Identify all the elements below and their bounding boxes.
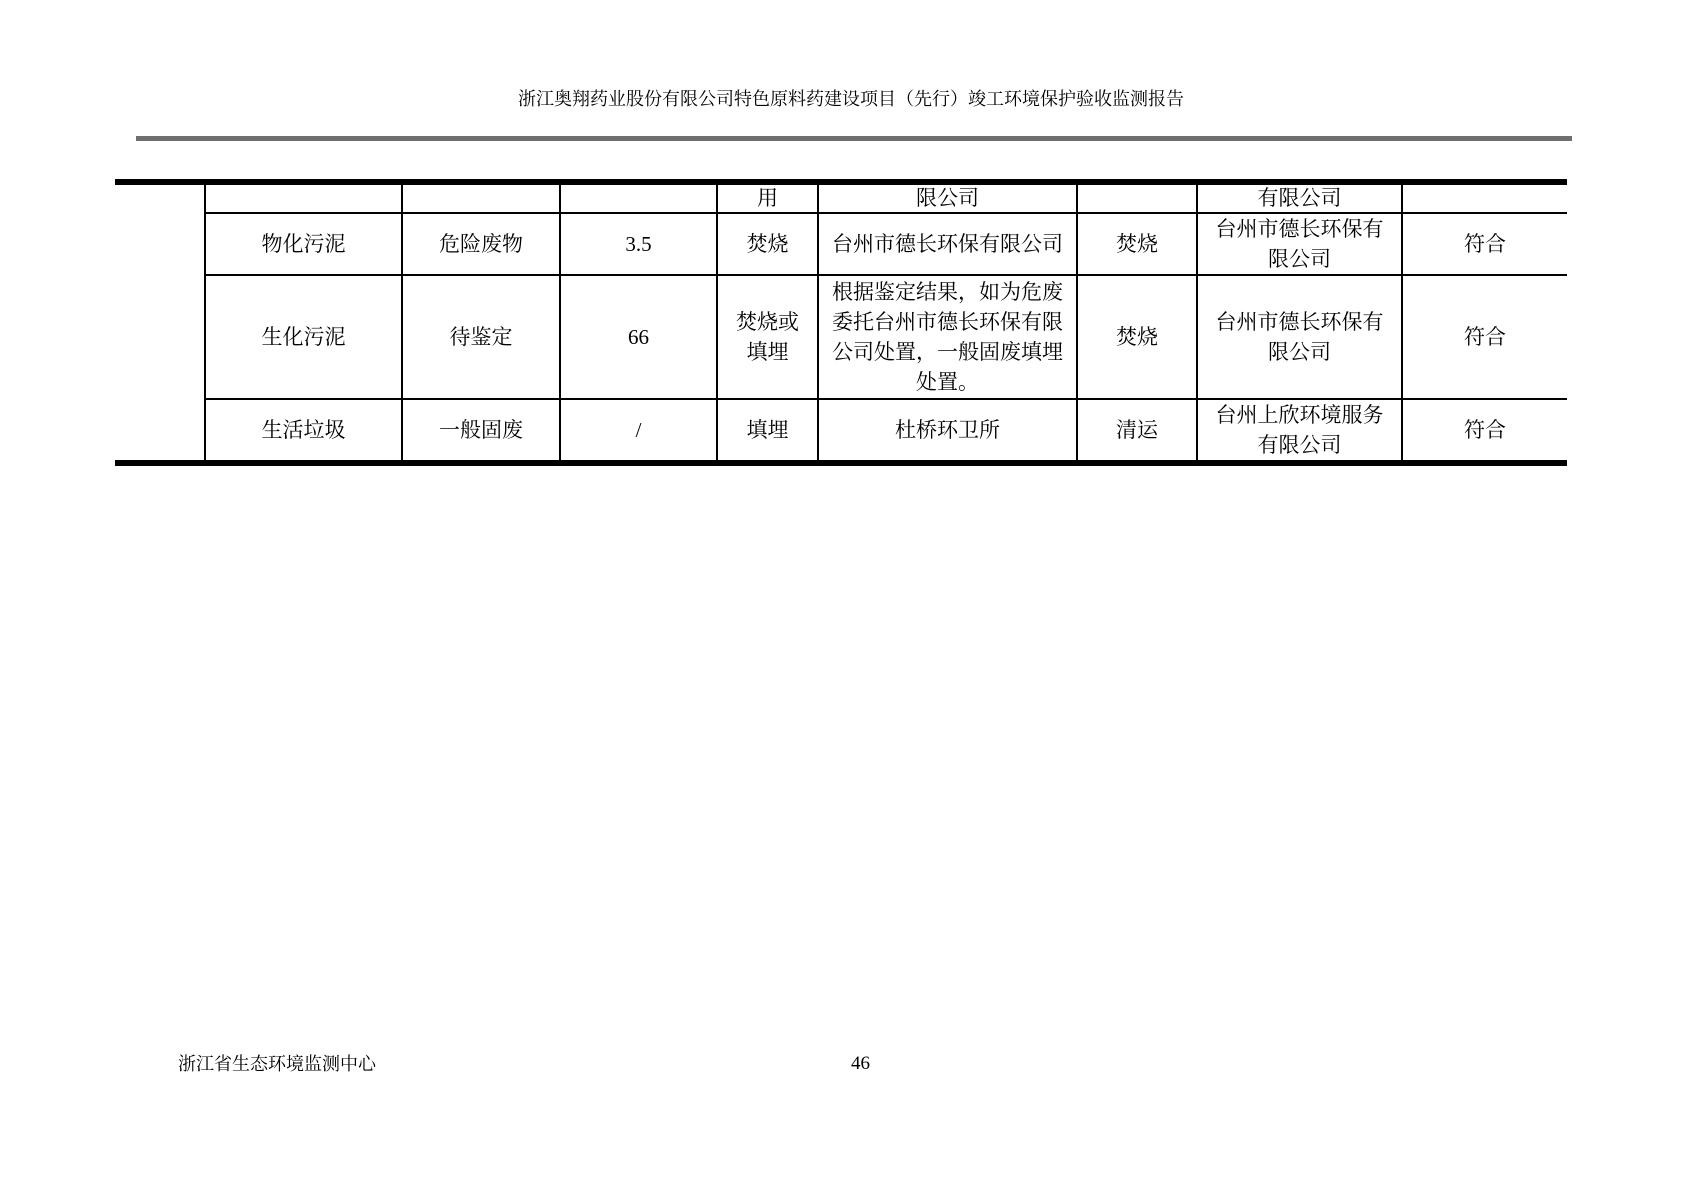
waste-name-cell: 生活垃圾 <box>205 399 402 463</box>
table-row: 生活垃圾 一般固废 / 填埋 杜桥环卫所 清运 台州上欣环境服务 有限公司 符合 <box>115 399 1567 463</box>
page-header-title: 浙江奥翔药业股份有限公司特色原料药建设项目（先行）竣工环境保护验收监测报告 <box>130 87 1572 111</box>
actual-unit-cell: 台州市德长环保有 限公司 <box>1197 275 1402 399</box>
footer-organization: 浙江省生态环境监测中心 <box>178 1054 376 1074</box>
quantity-cell: / <box>560 399 717 463</box>
ghost-spacer-cell <box>115 182 205 463</box>
continued-empty-cell <box>560 182 717 213</box>
continued-empty-cell <box>1077 182 1197 213</box>
table-row: 生化污泥 待鉴定 66 焚烧或 填埋 根据鉴定结果，如为危废 委托台州市德长环保… <box>115 275 1567 399</box>
waste-type-cell: 待鉴定 <box>402 275 560 399</box>
table-row-continued: 用 限公司 有限公司 <box>115 182 1567 213</box>
actual-method-cell: 焚烧 <box>1077 275 1197 399</box>
waste-name-cell: 生化污泥 <box>205 275 402 399</box>
waste-name-cell: 物化污泥 <box>205 213 402 275</box>
disposal-method-cell: 填埋 <box>717 399 818 463</box>
actual-method-cell: 清运 <box>1077 399 1197 463</box>
disposal-method-cell: 焚烧 <box>717 213 818 275</box>
continued-empty-cell <box>1402 182 1567 213</box>
document-page: 浙江奥翔药业股份有限公司特色原料药建设项目（先行）竣工环境保护验收监测报告 用 … <box>0 0 1683 1190</box>
header-divider-rule <box>136 136 1572 141</box>
continued-actual-unit-cell: 有限公司 <box>1197 182 1402 213</box>
solid-waste-disposal-table: 用 限公司 有限公司 物化污泥 危险废物 3.5 焚烧 台州市德长环保有限公司 … <box>115 179 1567 466</box>
disposal-method-cell: 焚烧或 填埋 <box>717 275 818 399</box>
disposal-unit-cell: 杜桥环卫所 <box>818 399 1077 463</box>
actual-unit-cell: 台州上欣环境服务 有限公司 <box>1197 399 1402 463</box>
conclusion-cell: 符合 <box>1402 213 1567 275</box>
disposal-unit-cell: 根据鉴定结果，如为危废 委托台州市德长环保有限 公司处置，一般固废填埋 处置。 <box>818 275 1077 399</box>
quantity-cell: 66 <box>560 275 717 399</box>
waste-type-cell: 一般固废 <box>402 399 560 463</box>
actual-unit-cell: 台州市德长环保有 限公司 <box>1197 213 1402 275</box>
quantity-cell: 3.5 <box>560 213 717 275</box>
conclusion-cell: 符合 <box>1402 275 1567 399</box>
waste-type-cell: 危险废物 <box>402 213 560 275</box>
continued-empty-cell <box>402 182 560 213</box>
continued-disposal-unit-cell: 限公司 <box>818 182 1077 213</box>
continued-empty-cell <box>205 182 402 213</box>
page-number: 46 <box>851 1053 870 1074</box>
disposal-unit-cell: 台州市德长环保有限公司 <box>818 213 1077 275</box>
conclusion-cell: 符合 <box>1402 399 1567 463</box>
continued-disposal-method-cell: 用 <box>717 182 818 213</box>
actual-method-cell: 焚烧 <box>1077 213 1197 275</box>
table-row: 物化污泥 危险废物 3.5 焚烧 台州市德长环保有限公司 焚烧 台州市德长环保有… <box>115 213 1567 275</box>
